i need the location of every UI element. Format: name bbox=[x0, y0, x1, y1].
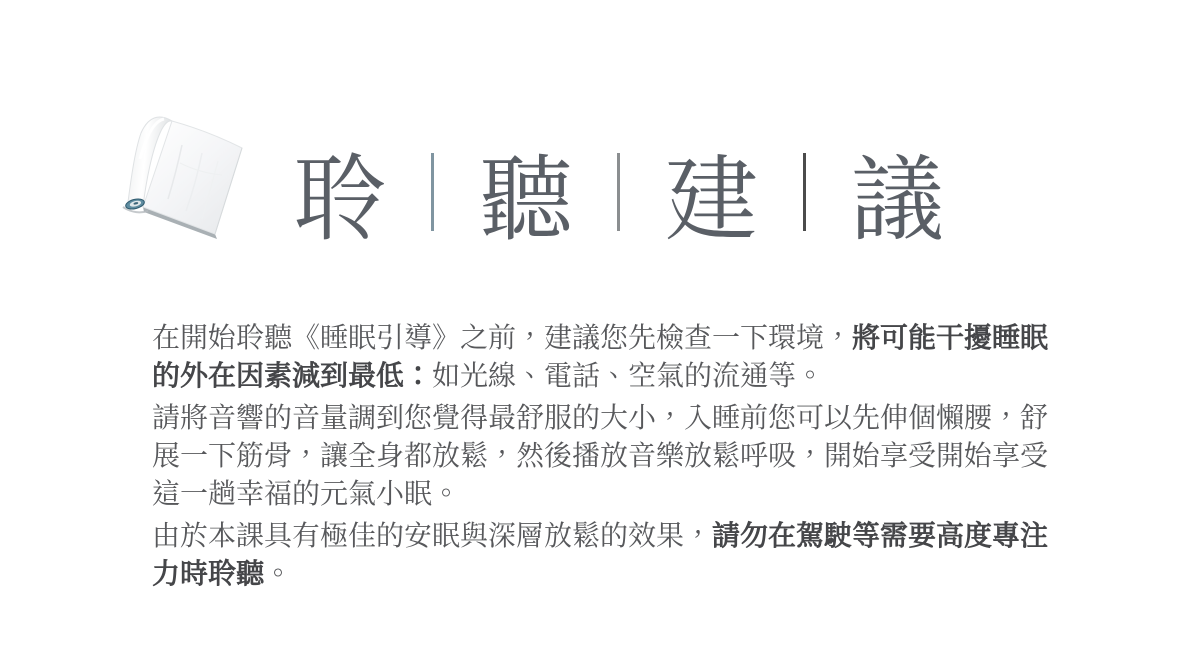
text-segment: 在開始聆聽《睡眠引導》之前，建議您先檢查一下環境， bbox=[152, 322, 852, 353]
text-segment: 請將音響的音量調到您覺得最舒服的大小，入睡前您可以先伸個懶腰，舒展一下筋骨，讓全… bbox=[152, 402, 1048, 509]
rolled-blanket-image bbox=[110, 103, 260, 245]
title-char-1: 聆 bbox=[293, 155, 386, 248]
text-segment: 。 bbox=[264, 558, 292, 589]
title-char-4: 議 bbox=[851, 155, 944, 248]
blanket-icon bbox=[110, 103, 260, 245]
title-divider-1 bbox=[431, 153, 434, 231]
paragraph-driving-warning: 由於本課具有極佳的安眠與深層放鬆的效果，請勿在駕駛等需要高度專注力時聆聽。 bbox=[152, 517, 1059, 593]
blanket-roll-end bbox=[125, 197, 146, 211]
paragraph-volume-relax: 請將音響的音量調到您覺得最舒服的大小，入睡前您可以先伸個懶腰，舒展一下筋骨，讓全… bbox=[152, 399, 1059, 513]
text-segment: 由於本課具有極佳的安眠與深層放鬆的效果， bbox=[152, 520, 712, 551]
body-text: 在開始聆聽《睡眠引導》之前，建議您先檢查一下環境，將可能干擾睡眠的外在因素減到最… bbox=[152, 319, 1059, 597]
text-segment: 如光線、電話、空氣的流通等。 bbox=[432, 360, 824, 391]
page-title: 聆 聽 建 議 bbox=[293, 150, 944, 252]
title-divider-3 bbox=[803, 153, 806, 231]
paragraph-environment-check: 在開始聆聽《睡眠引導》之前，建議您先檢查一下環境，將可能干擾睡眠的外在因素減到最… bbox=[152, 319, 1059, 395]
slide: 聆 聽 建 議 在開始聆聽《睡眠引導》之前，建議您先檢查一下環境，將可能干擾睡眠… bbox=[0, 0, 1200, 666]
title-char-3: 建 bbox=[665, 155, 758, 248]
title-char-2: 聽 bbox=[479, 155, 572, 248]
title-divider-2 bbox=[617, 153, 620, 231]
